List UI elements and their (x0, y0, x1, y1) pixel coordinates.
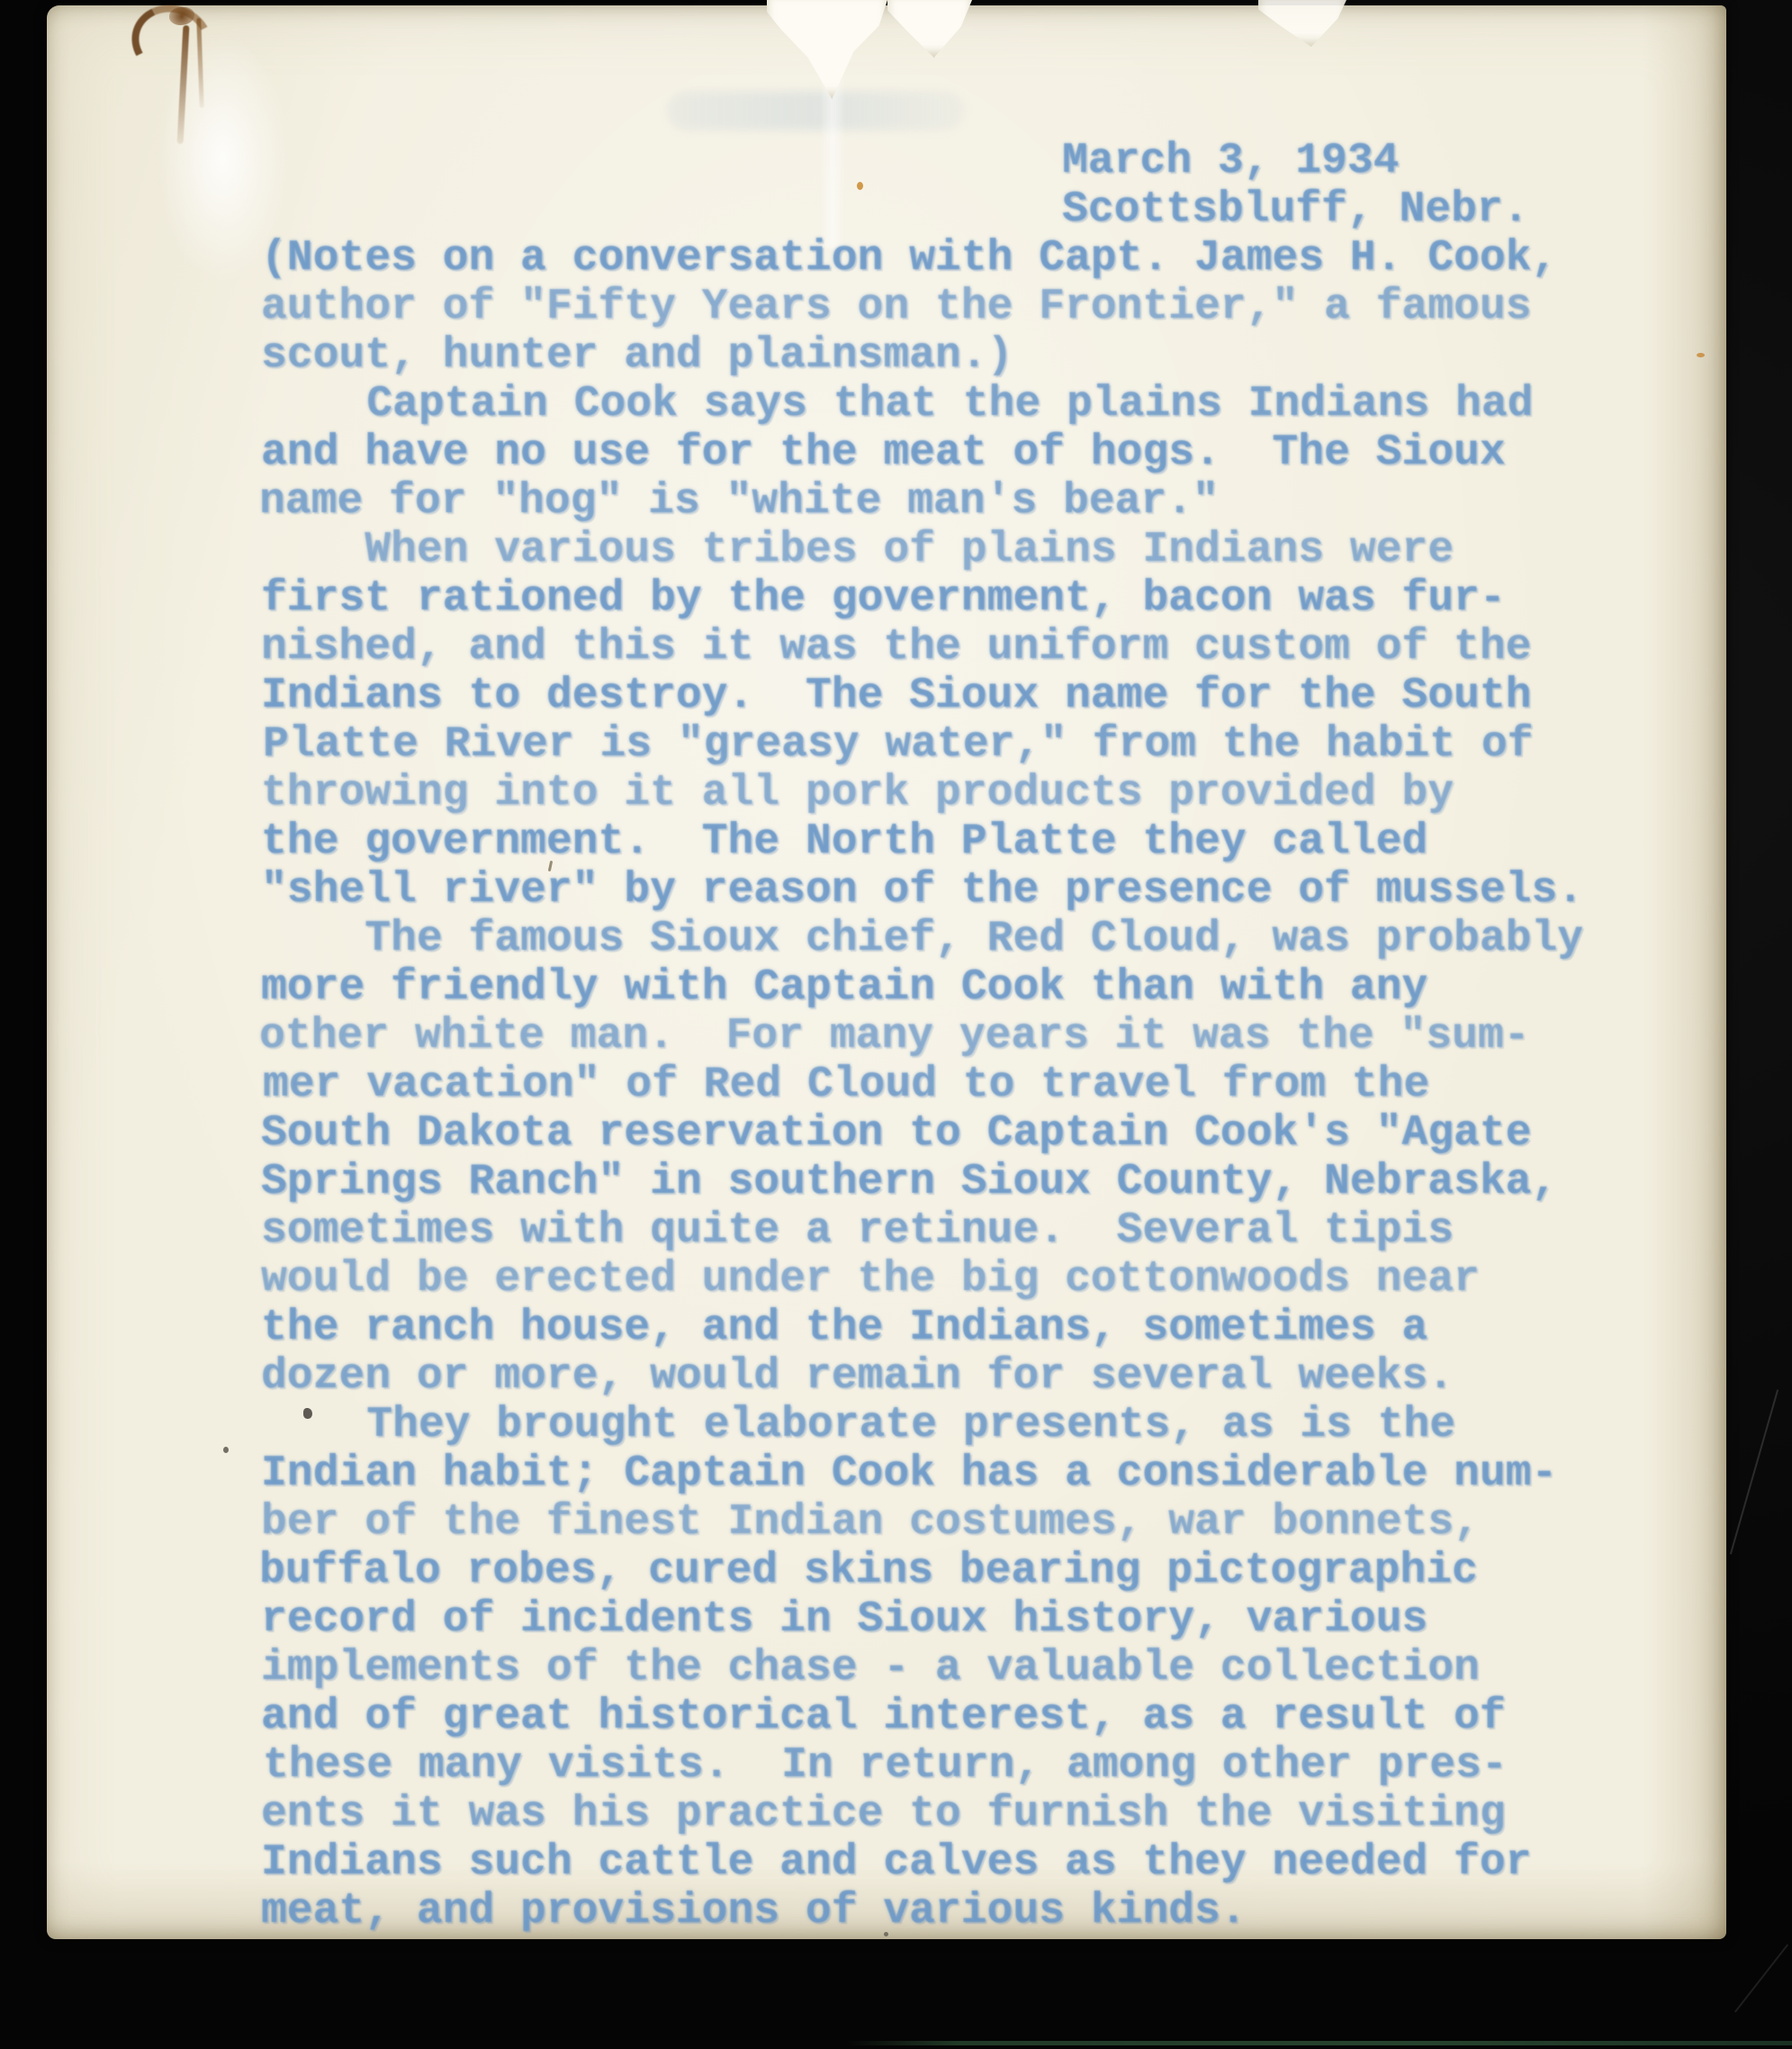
typed-line: "shell river" by reason of the presence … (47, 866, 1726, 915)
typed-line: these many visits. In return, among othe… (49, 1741, 1728, 1790)
typed-line: author of "Fifty Years on the Frontier,"… (47, 283, 1726, 331)
typed-line: throwing into it all pork products provi… (47, 769, 1726, 817)
offset-ink-smudge (668, 92, 965, 130)
dateline-line: March 3, 1934 (47, 137, 1726, 185)
typed-line: Captain Cook says that the plains Indian… (49, 380, 1728, 429)
dateline-line: Scottsbluff, Nebr. (47, 185, 1726, 234)
typed-line: the government. The North Platte they ca… (47, 817, 1726, 866)
rust-stain (126, 2, 252, 164)
typed-line: sometimes with quite a retinue. Several … (47, 1206, 1726, 1255)
typed-line: the ranch house, and the Indians, someti… (47, 1304, 1726, 1352)
typed-line: more friendly with Captain Cook than wit… (47, 963, 1726, 1012)
typed-line: When various tribes of plains Indians we… (47, 526, 1726, 574)
typed-line: implements of the chase - a valuable col… (47, 1644, 1726, 1692)
typed-line: South Dakota reservation to Captain Cook… (47, 1109, 1726, 1158)
typed-line: ents it was his practice to furnish the … (47, 1790, 1726, 1838)
typed-line: mer vacation" of Red Cloud to travel fro… (49, 1061, 1728, 1109)
rust-speck (857, 182, 863, 190)
ink-blot (303, 1408, 312, 1419)
typed-line: record of incidents in Sioux history, va… (47, 1595, 1726, 1644)
typed-line: buffalo robes, cured skins bearing picto… (45, 1547, 1724, 1595)
typed-line: and have no use for the meat of hogs. Th… (47, 429, 1726, 477)
typed-line: would be erected under the big cottonwoo… (47, 1255, 1726, 1304)
typed-line: meat, and provisions of various kinds. (47, 1887, 1726, 1936)
typed-line: and of great historical interest, as a r… (47, 1692, 1726, 1741)
typed-line: scout, hunter and plainsman.) (47, 331, 1726, 380)
rust-speck (1697, 353, 1705, 357)
scanbed-scratch (1734, 1944, 1788, 2012)
typed-line: other white man. For many years it was t… (45, 1012, 1724, 1061)
typed-line: They brought elaborate presents, as is t… (49, 1401, 1728, 1449)
typed-line: Indian habit; Captain Cook has a conside… (47, 1449, 1726, 1498)
dateline-block: March 3, 1934Scottsbluff, Nebr. (47, 137, 1726, 234)
paper-sheet: March 3, 1934Scottsbluff, Nebr. (Notes o… (47, 5, 1726, 1939)
body-text-block: (Notes on a conversation with Capt. Jame… (47, 234, 1726, 1936)
typed-line: ber of the finest Indian costumes, war b… (47, 1498, 1726, 1547)
scan-background: March 3, 1934Scottsbluff, Nebr. (Notes o… (0, 0, 1792, 2049)
scanner-edge-line (846, 2041, 1792, 2045)
typed-line: name for "hog" is "white man's bear." (45, 477, 1724, 526)
typed-line: Indians to destroy. The Sioux name for t… (47, 672, 1726, 720)
typed-line: Platte River is "greasy water," from the… (49, 720, 1728, 769)
typed-line: dozen or more, would remain for several … (47, 1352, 1726, 1401)
scanbed-scratch (1730, 1389, 1778, 1554)
typed-line: Indians such cattle and calves as they n… (47, 1838, 1726, 1887)
typed-line: first rationed by the government, bacon … (47, 574, 1726, 623)
typed-line: Springs Ranch" in southern Sioux County,… (47, 1158, 1726, 1206)
ink-blot (223, 1447, 229, 1453)
typed-line: The famous Sioux chief, Red Cloud, was p… (47, 915, 1726, 963)
typed-line: (Notes on a conversation with Capt. Jame… (47, 234, 1726, 283)
fiber-speck (884, 1932, 888, 1936)
typed-text-block: March 3, 1934Scottsbluff, Nebr. (Notes o… (47, 137, 1726, 1936)
typed-line: nished, and this it was the uniform cust… (47, 623, 1726, 672)
